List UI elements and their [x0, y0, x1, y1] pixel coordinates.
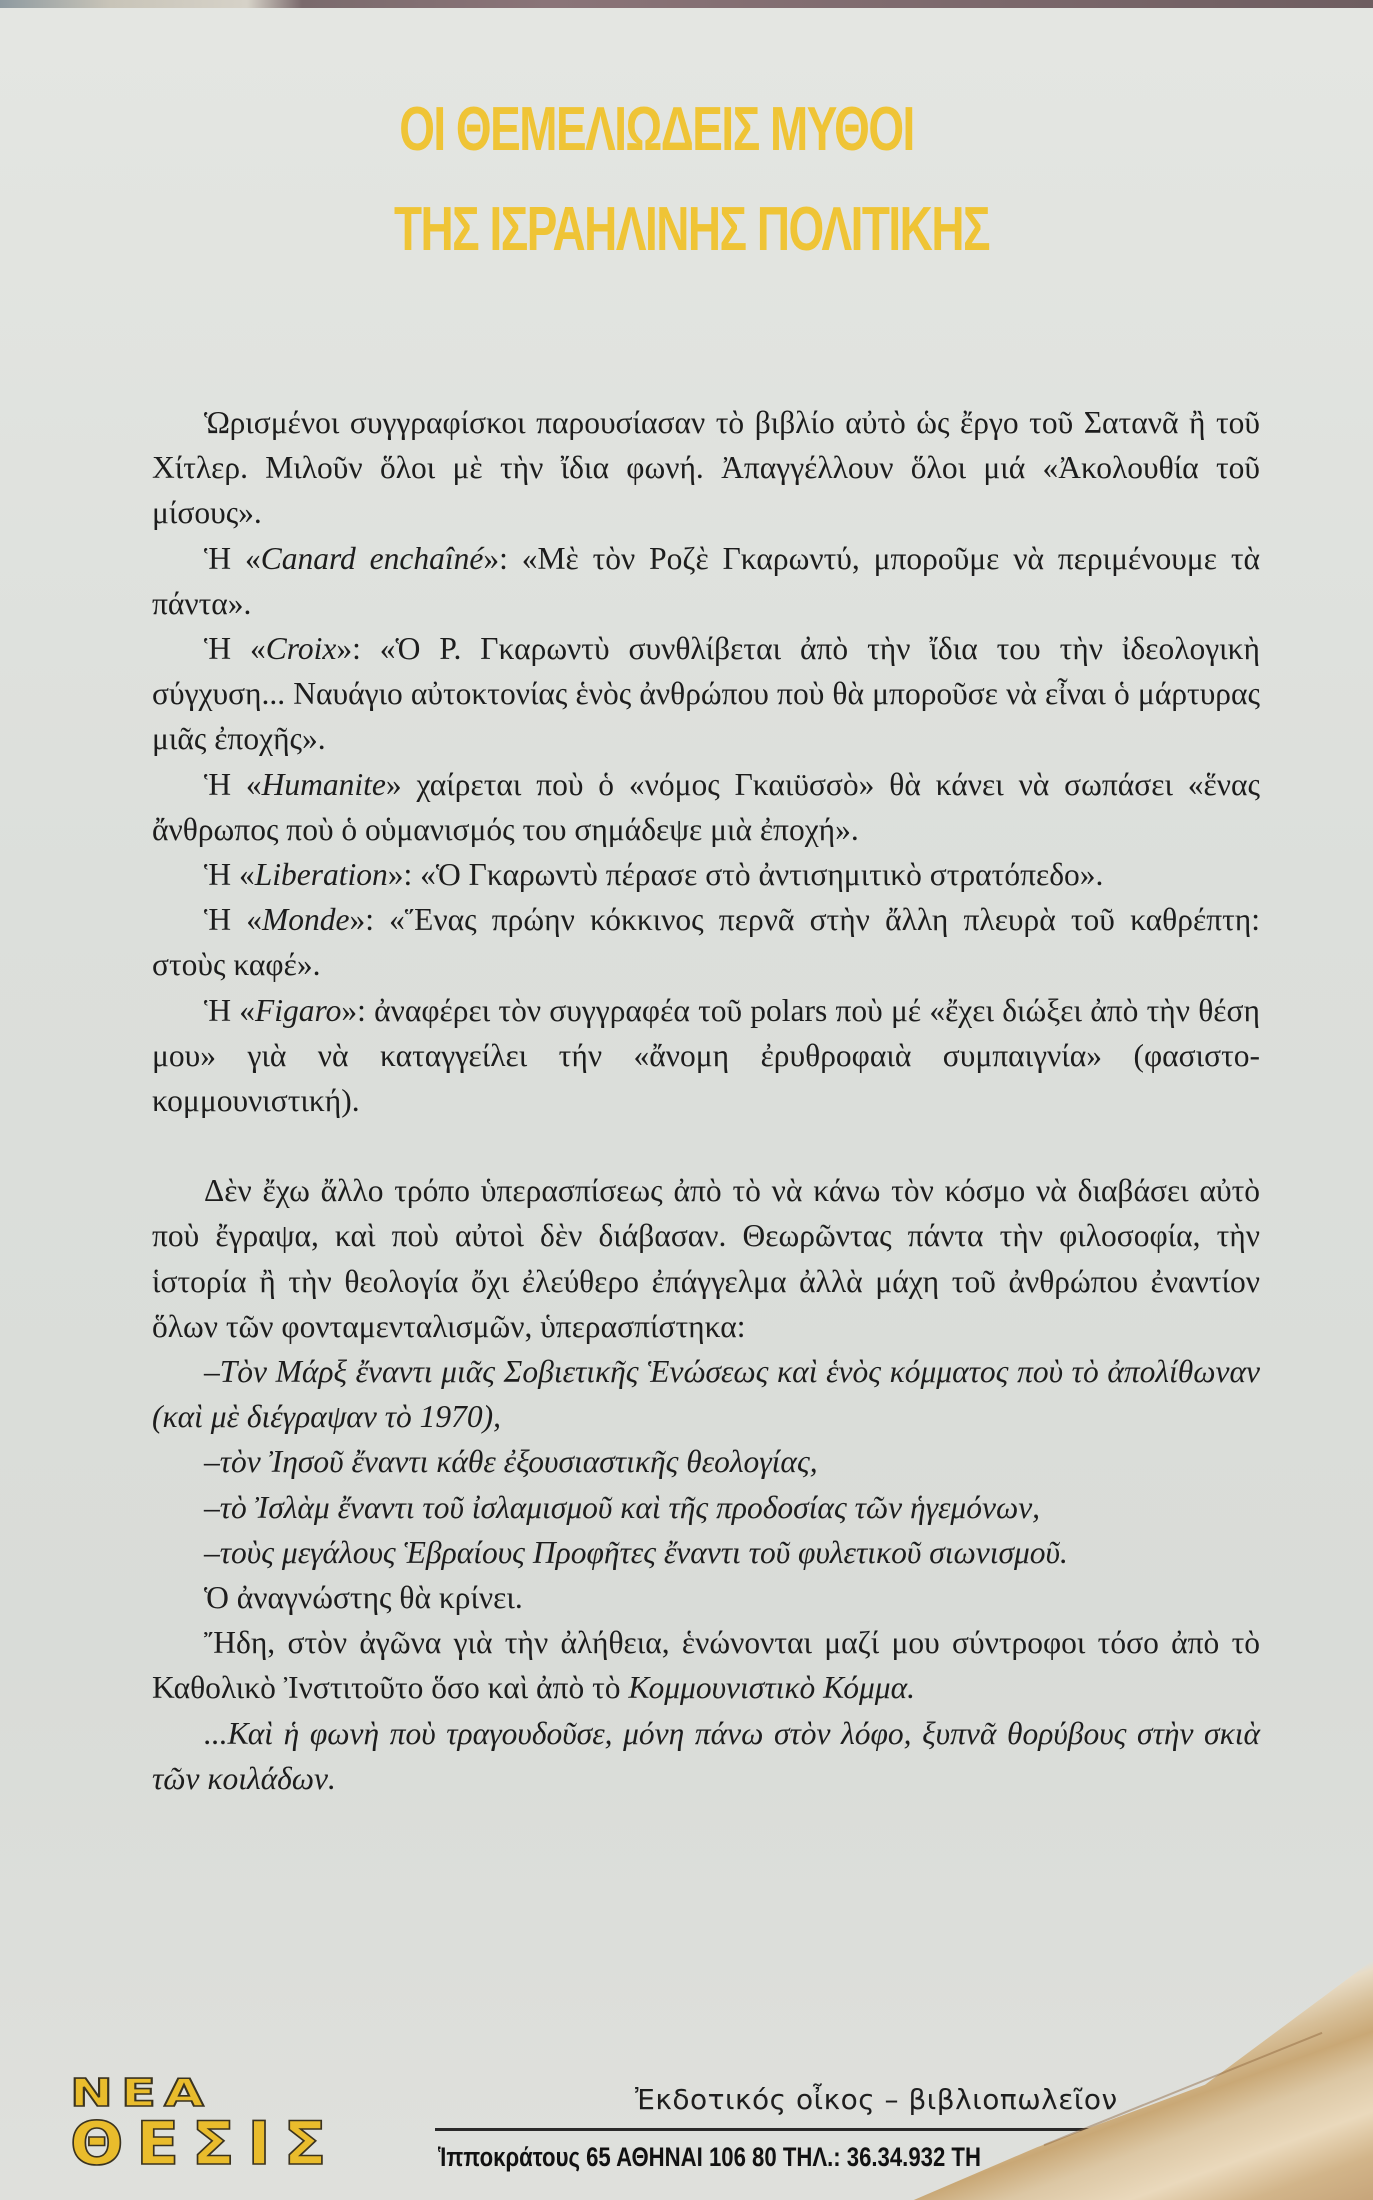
defense-list-item: –τὸ Ἰσλὰμ ἔναντι τοῦ ἰσλαμισμοῦ καὶ τῆς … [152, 1485, 1260, 1530]
press-quote: Ἡ «Liberation»: «Ὁ Γκαρωντὺ πέρασε στὸ ἀ… [152, 852, 1260, 897]
closing-line: ...Καὶ ἡ φωνὴ ποὺ τραγουδοῦσε, μόνη πάνω… [152, 1711, 1260, 1801]
blurb-text: Ὡρισμένοι συγγραφίσκοι παρουσίασαν τὸ βι… [152, 400, 1260, 1801]
footer-divider [435, 2128, 1155, 2131]
press-quote: Ἡ «Croix»: «Ὁ Ρ. Γκαρωντὺ συνθλίβεται ἀπ… [152, 626, 1260, 762]
paragraph-gap [152, 1123, 1260, 1168]
press-quote: Ἡ «Figaro»: ἀναφέρει τὸν συγγραφέα τοῦ p… [152, 988, 1260, 1124]
defense-list-item: –Τὸν Μάρξ ἔναντι μιᾶς Σοβιετικῆς Ἑνώσεως… [152, 1349, 1260, 1439]
press-quote: Ἡ «Humanite» χαίρεται ποὺ ὁ «νόμος Γκαιϋ… [152, 762, 1260, 852]
title-line-2: ΤΗΣ ΙΣΡΑΗΛΙΝΗΣ ΠΟΛΙΤΙΚΗΣ [187, 180, 1196, 280]
newspaper-name: Liberation [255, 857, 388, 892]
title-line-1: ΟΙ ΘΕΜΕΛΙΩΔΕΙΣ ΜΥΘΟΙ [126, 80, 1186, 180]
defense-paragraph: Δὲν ἔχω ἄλλο τρόπο ὑπερασπίσεως ἀπὸ τὸ ν… [152, 1168, 1260, 1349]
book-back-cover: ΟΙ ΘΕΜΕΛΙΩΔΕΙΣ ΜΥΘΟΙ ΤΗΣ ΙΣΡΑΗΛΙΝΗΣ ΠΟΛΙ… [0, 8, 1373, 2200]
cover-title: ΟΙ ΘΕΜΕΛΙΩΔΕΙΣ ΜΥΘΟΙ ΤΗΣ ΙΣΡΑΗΛΙΝΗΣ ΠΟΛΙ… [0, 80, 1373, 280]
intro-paragraph: Ὡρισμένοι συγγραφίσκοι παρουσίασαν τὸ βι… [152, 400, 1260, 536]
publisher-address: Ἱπποκράτους 65 ΑΘΗΝΑΙ 106 80 ΤΗΛ.: 36.34… [438, 2142, 981, 2173]
logo-top-word: ΝΕΑ [70, 2073, 416, 2113]
newspaper-name: Monde [262, 902, 349, 937]
defense-list-item: –τοὺς μεγάλους Ἑβραίους Προφῆτες ἔναντι … [152, 1530, 1260, 1575]
newspaper-name: Figaro [255, 993, 341, 1028]
press-quote: Ἡ «Canard enchaîné»: «Μὲ τὸν Ροζὲ Γκαρων… [152, 536, 1260, 626]
publisher-description: Ἐκδοτικός οἶκος – βιβλιοπωλεῖον [635, 2083, 1118, 2116]
newspaper-name: Croix [266, 631, 337, 666]
party-name: Κομμουνιστικὸ Κόμμα. [628, 1670, 915, 1705]
newspaper-name: Humanite [262, 767, 386, 802]
verdict-line: Ὁ ἀναγνώστης θὰ κρίνει. [152, 1575, 1260, 1620]
defense-list-item: –τὸν Ἰησοῦ ἔναντι κάθε ἐξουσιαστικῆς θεο… [152, 1439, 1260, 1484]
press-quote: Ἡ «Monde»: «Ἕνας πρώην κόκκινος περνᾶ στ… [152, 897, 1260, 987]
logo-bottom-word: ΘΕΣΙΣ [70, 2113, 339, 2175]
publisher-logo: ΝΕΑ ΘΕΣΙΣ [70, 2073, 326, 2175]
newspaper-name: Canard enchaîné [261, 541, 484, 576]
comrades-paragraph: Ἤδη, στὸν ἀγῶνα γιὰ τὴν ἀλήθεια, ἑνώνοντ… [152, 1620, 1260, 1710]
